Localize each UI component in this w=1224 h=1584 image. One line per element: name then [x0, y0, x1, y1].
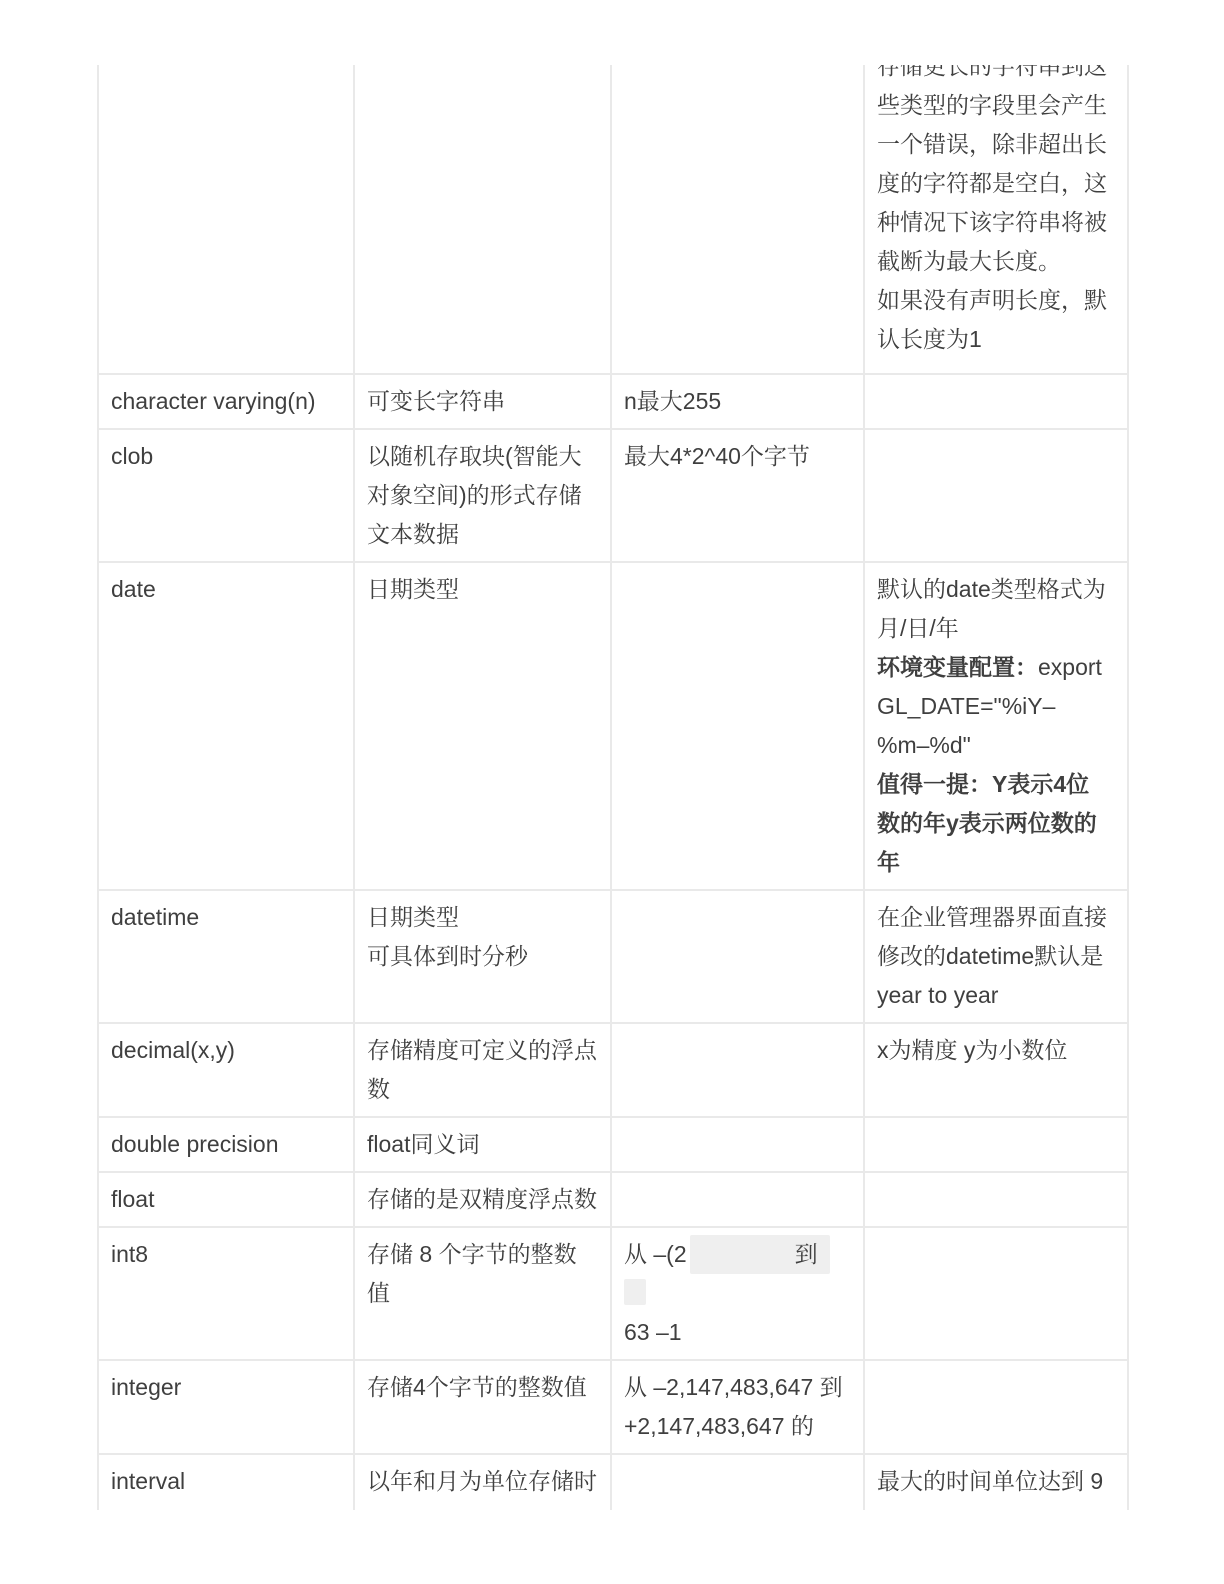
text-run: 存储4个字节的整数值 — [367, 1374, 587, 1400]
cell-notes: 最大的时间单位达到 9 — [864, 1454, 1128, 1510]
cell-description: 存储的是双精度浮点数 — [354, 1172, 611, 1227]
cell-description: float同义词 — [354, 1117, 611, 1172]
cell-notes — [864, 1227, 1128, 1360]
text-run: datetime — [111, 904, 199, 930]
cell-description: 以随机存取块(智能大 对象空间)的形式存储 文本数据 — [354, 429, 611, 562]
text-run: 值得一提：Y表示4位 数的年y表示两位数的 年 — [877, 771, 1097, 875]
text-run: float同义词 — [367, 1131, 479, 1157]
text-run: float — [111, 1186, 154, 1212]
text-run: 存储精度可定义的浮点 数 — [367, 1037, 597, 1102]
table-body: 存储更长的字符串到这 些类型的字段里会产生 一个错误，除非超出长 度的字符都是空… — [98, 65, 1128, 1510]
cell-notes: 默认的date类型格式为 月/日/年 环境变量配置：export GL_DATE… — [864, 562, 1128, 890]
cell-type: character varying(n) — [98, 374, 354, 429]
row-int8: int8存储 8 个字节的整数 值从 –(2到 63 –1 — [98, 1227, 1128, 1360]
text-run: 从 –2,147,483,647 到 +2,147,483,647 的 — [624, 1374, 843, 1439]
text-run: x为精度 y为小数位 — [877, 1037, 1067, 1063]
cell-notes — [864, 1360, 1128, 1454]
cell-notes — [864, 1172, 1128, 1227]
text-run: 以年和月为单位存储时 — [367, 1468, 597, 1494]
text-run: 环境变量配置： — [877, 654, 1038, 680]
cell-range — [611, 1117, 864, 1172]
text-run: 存储 8 个字节的整数 值 — [367, 1241, 577, 1306]
cell-type: double precision — [98, 1117, 354, 1172]
cell-type: interval — [98, 1454, 354, 1510]
cell-type: clob — [98, 429, 354, 562]
text-run: n最大255 — [624, 388, 721, 414]
cell-description: 以年和月为单位存储时 — [354, 1454, 611, 1510]
cell-type: integer — [98, 1360, 354, 1454]
cell-range: n最大255 — [611, 374, 864, 429]
cell-description: 日期类型 可具体到时分秒 — [354, 890, 611, 1023]
cell-description: 存储 8 个字节的整数 值 — [354, 1227, 611, 1360]
cell-notes: x为精度 y为小数位 — [864, 1023, 1128, 1117]
hl-box-highlight — [624, 1279, 646, 1305]
text-run: 在企业管理器界面直接 修改的datetime默认是 year to year — [877, 904, 1107, 1008]
document-page: 存储更长的字符串到这 些类型的字段里会产生 一个错误，除非超出长 度的字符都是空… — [0, 0, 1224, 1584]
text-run: 63 –1 — [624, 1319, 682, 1345]
row-integer: integer存储4个字节的整数值从 –2,147,483,647 到 +2,1… — [98, 1360, 1128, 1454]
cell-description: 日期类型 — [354, 562, 611, 890]
row-clob: clob以随机存取块(智能大 对象空间)的形式存储 文本数据最大4*2^40个字… — [98, 429, 1128, 562]
text-run: 存储的是双精度浮点数 — [367, 1186, 597, 1212]
cell-notes — [864, 1117, 1128, 1172]
cell-range: 最大4*2^40个字节 — [611, 429, 864, 562]
text-run: double precision — [111, 1131, 279, 1157]
row-float: float存储的是双精度浮点数 — [98, 1172, 1128, 1227]
cell-notes: 在企业管理器界面直接 修改的datetime默认是 year to year — [864, 890, 1128, 1023]
cell-range: 从 –2,147,483,647 到 +2,147,483,647 的 — [611, 1360, 864, 1454]
table-viewport: 存储更长的字符串到这 些类型的字段里会产生 一个错误，除非超出长 度的字符都是空… — [97, 65, 1131, 1510]
cell-type: int8 — [98, 1227, 354, 1360]
cell-notes: 存储更长的字符串到这 些类型的字段里会产生 一个错误，除非超出长 度的字符都是空… — [864, 65, 1128, 374]
row-datetime: datetime日期类型 可具体到时分秒在企业管理器界面直接 修改的dateti… — [98, 890, 1128, 1023]
text-run: 日期类型 — [367, 576, 459, 602]
text-run: 默认的date类型格式为 月/日/年 — [877, 576, 1106, 641]
row-double-precision: double precisionfloat同义词 — [98, 1117, 1128, 1172]
row-interval: interval以年和月为单位存储时最大的时间单位达到 9 — [98, 1454, 1128, 1510]
text-run: 日期类型 可具体到时分秒 — [367, 904, 528, 969]
text-run: integer — [111, 1374, 181, 1400]
cell-description — [354, 65, 611, 374]
cell-notes — [864, 429, 1128, 562]
cell-notes — [864, 374, 1128, 429]
text-run: date — [111, 576, 156, 602]
cell-description: 存储4个字节的整数值 — [354, 1360, 611, 1454]
data-types-table: 存储更长的字符串到这 些类型的字段里会产生 一个错误，除非超出长 度的字符都是空… — [97, 65, 1129, 1510]
cell-description: 存储精度可定义的浮点 数 — [354, 1023, 611, 1117]
cell-type — [98, 65, 354, 374]
text-run: 最大的时间单位达到 9 — [877, 1468, 1103, 1494]
row-overflow-from-previous-page: 存储更长的字符串到这 些类型的字段里会产生 一个错误，除非超出长 度的字符都是空… — [98, 65, 1128, 374]
text-run: 从 –(2 — [624, 1241, 687, 1267]
text-run: 存储更长的字符串到这 些类型的字段里会产生 一个错误，除非超出长 度的字符都是空… — [877, 65, 1107, 352]
hl-wide-highlight: 到 — [690, 1235, 830, 1274]
text-run: 最大4*2^40个字节 — [624, 443, 810, 469]
cell-range — [611, 1172, 864, 1227]
cell-type: date — [98, 562, 354, 890]
cell-range: 从 –(2到 63 –1 — [611, 1227, 864, 1360]
row-character-varying: character varying(n)可变长字符串n最大255 — [98, 374, 1128, 429]
text-run: character varying(n) — [111, 388, 316, 414]
text-run: decimal(x,y) — [111, 1037, 235, 1063]
text-run: interval — [111, 1468, 185, 1494]
row-date: date日期类型默认的date类型格式为 月/日/年 环境变量配置：export… — [98, 562, 1128, 890]
text-run: 可变长字符串 — [367, 388, 505, 414]
text-run: 以随机存取块(智能大 对象空间)的形式存储 文本数据 — [367, 443, 582, 547]
cell-range — [611, 1454, 864, 1510]
cell-type: decimal(x,y) — [98, 1023, 354, 1117]
cell-type: float — [98, 1172, 354, 1227]
text-run: int8 — [111, 1241, 148, 1267]
cell-description: 可变长字符串 — [354, 374, 611, 429]
cell-type: datetime — [98, 890, 354, 1023]
row-decimal: decimal(x,y)存储精度可定义的浮点 数x为精度 y为小数位 — [98, 1023, 1128, 1117]
cell-range — [611, 890, 864, 1023]
cell-range — [611, 65, 864, 374]
text-run: clob — [111, 443, 153, 469]
cell-range — [611, 1023, 864, 1117]
cell-range — [611, 562, 864, 890]
